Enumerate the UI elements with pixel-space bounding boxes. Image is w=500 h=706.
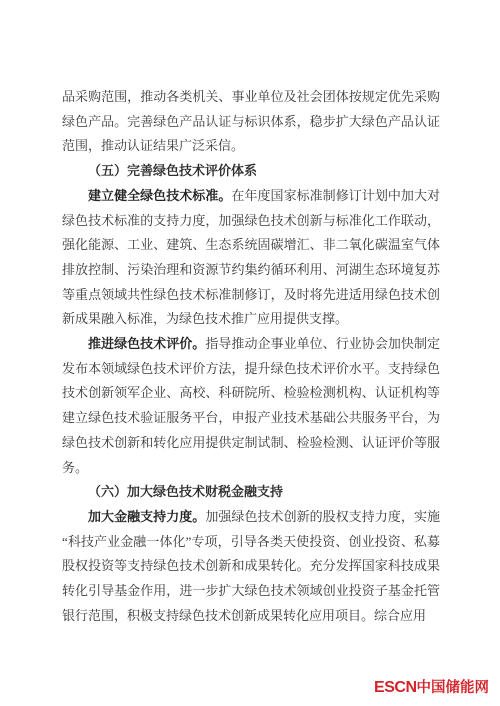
paragraph-finance: 加大金融支持力度。加强绿色技术创新的股权支持力度，实施“科技产业金融一体化”专项… bbox=[62, 505, 440, 629]
paragraph-continuation: 品采购范围，推动各类机关、事业单位及社会团体按规定优先采购绿色产品。完善绿色产品… bbox=[62, 85, 440, 159]
footer-watermark: ESCN中国储能网 bbox=[374, 679, 489, 697]
escn-logo-chinese-text: 中国储能网 bbox=[417, 680, 490, 696]
paragraph-text: 指导推动企事业单位、行业协会加快制定发布本领域绿色技术评价方法，提升绿色技术评价… bbox=[62, 336, 440, 475]
paragraph-evaluation: 推进绿色技术评价。指导推动企事业单位、行业协会加快制定发布本领域绿色技术评价方法… bbox=[62, 332, 440, 480]
paragraph-lead: 建立健全绿色技术标准。 bbox=[88, 188, 231, 203]
section-heading-6: （六）加大绿色技术财税金融支持 bbox=[62, 480, 440, 505]
paragraph-text: 品采购范围，推动各类机关、事业单位及社会团体按规定优先采购绿色产品。完善绿色产品… bbox=[62, 89, 440, 153]
paragraph-lead: 推进绿色技术评价。 bbox=[88, 336, 205, 351]
paragraph-text: 在年度国家标准制修订计划中加大对绿色技术标准的支持力度，加强绿色技术创新与标准化… bbox=[62, 188, 440, 327]
paragraph-text: 加强绿色技术创新的股权支持力度，实施“科技产业金融一体化”专项，引导各类天使投资… bbox=[62, 509, 440, 623]
document-page: 品采购范围，推动各类机关、事业单位及社会团体按规定优先采购绿色产品。完善绿色产品… bbox=[0, 0, 500, 706]
section-heading-5: （五）完善绿色技术评价体系 bbox=[62, 159, 440, 184]
paragraph-lead: 加大金融支持力度。 bbox=[88, 509, 205, 524]
escn-logo-text: ESCN bbox=[374, 679, 416, 696]
document-body: 品采购范围，推动各类机关、事业单位及社会团体按规定优先采购绿色产品。完善绿色产品… bbox=[62, 85, 440, 628]
paragraph-standards: 建立健全绿色技术标准。在年度国家标准制修订计划中加大对绿色技术标准的支持力度，加… bbox=[62, 184, 440, 332]
